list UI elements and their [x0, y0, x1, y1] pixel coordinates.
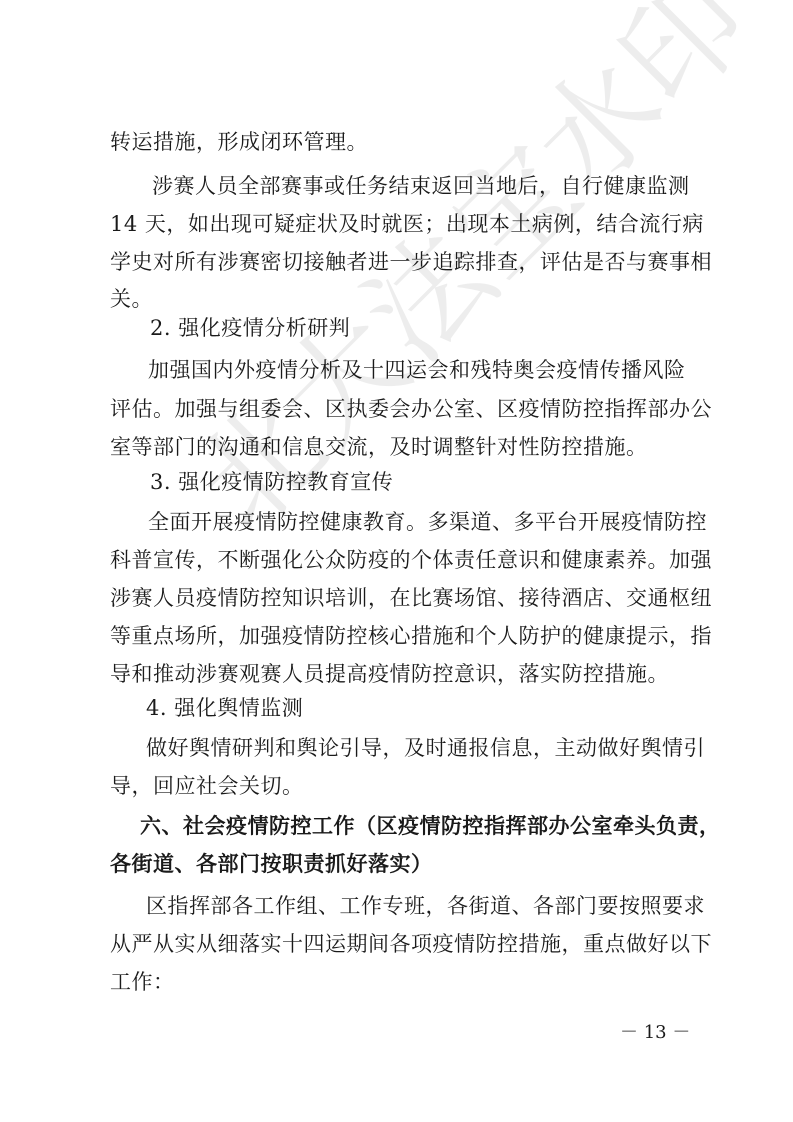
paragraph-line: 区指挥部各工作组、工作专班，各街道、各部门要按照要求	[146, 892, 705, 920]
section-heading: 3. 强化疫情防控教育宣传	[150, 468, 393, 496]
paragraph-line: 全面开展疫情防控健康教育。多渠道、多平台开展疫情防控	[148, 508, 707, 536]
paragraph-line: 导和推动涉赛观赛人员提高疫情防控意识，落实防控措施。	[110, 660, 669, 688]
paragraph-line: 涉赛人员疫情防控知识培训，在比赛场馆、接待酒店、交通枢纽	[110, 584, 712, 612]
paragraph-line: 涉赛人员全部赛事或任务结束返回当地后，自行健康监测	[152, 172, 690, 200]
paragraph-line: 14 天，如出现可疑症状及时就医；出现本土病例，结合流行病	[110, 210, 704, 238]
section-heading: 2. 强化疫情分析研判	[150, 314, 350, 342]
paragraph-line: 学史对所有涉赛密切接触者进一步追踪排查，评估是否与赛事相	[110, 248, 712, 276]
paragraph-line: 做好舆情研判和舆论引导，及时通报信息，主动做好舆情引	[146, 734, 705, 762]
paragraph-line: 导，回应社会关切。	[110, 772, 304, 800]
paragraph-line: 转运措施，形成闭环管理。	[110, 128, 368, 156]
paragraph-line: 科普宣传，不断强化公众防疫的个体责任意识和健康素养。加强	[110, 546, 712, 574]
paragraph-line: 等重点场所，加强疫情防控核心措施和个人防护的健康提示，指	[110, 622, 712, 650]
paragraph-line: 评估。加强与组委会、区执委会办公室、区疫情防控指挥部办公	[110, 395, 712, 423]
section-heading: 4. 强化舆情监测	[146, 694, 303, 722]
chapter-heading: 各街道、各部门按职责抓好落实）	[110, 850, 433, 878]
paragraph-line: 工作：	[110, 968, 175, 996]
paragraph-line: 从严从实从细落实十四运期间各项疫情防控措施，重点做好以下	[110, 930, 712, 958]
paragraph-line: 室等部门的沟通和信息交流，及时调整针对性防控措施。	[110, 433, 648, 461]
page-number: － 13 －	[620, 1018, 690, 1044]
chapter-heading: 六、社会疫情防控工作（区疫情防控指挥部办公室牵头负责，	[140, 812, 721, 840]
paragraph-line: 加强国内外疫情分析及十四运会和残特奥会疫情传播风险	[148, 356, 686, 384]
paragraph-line: 关。	[110, 285, 153, 313]
document-page: 北大法宝水印 转运措施，形成闭环管理。 涉赛人员全部赛事或任务结束返回当地后，自…	[0, 0, 793, 1122]
